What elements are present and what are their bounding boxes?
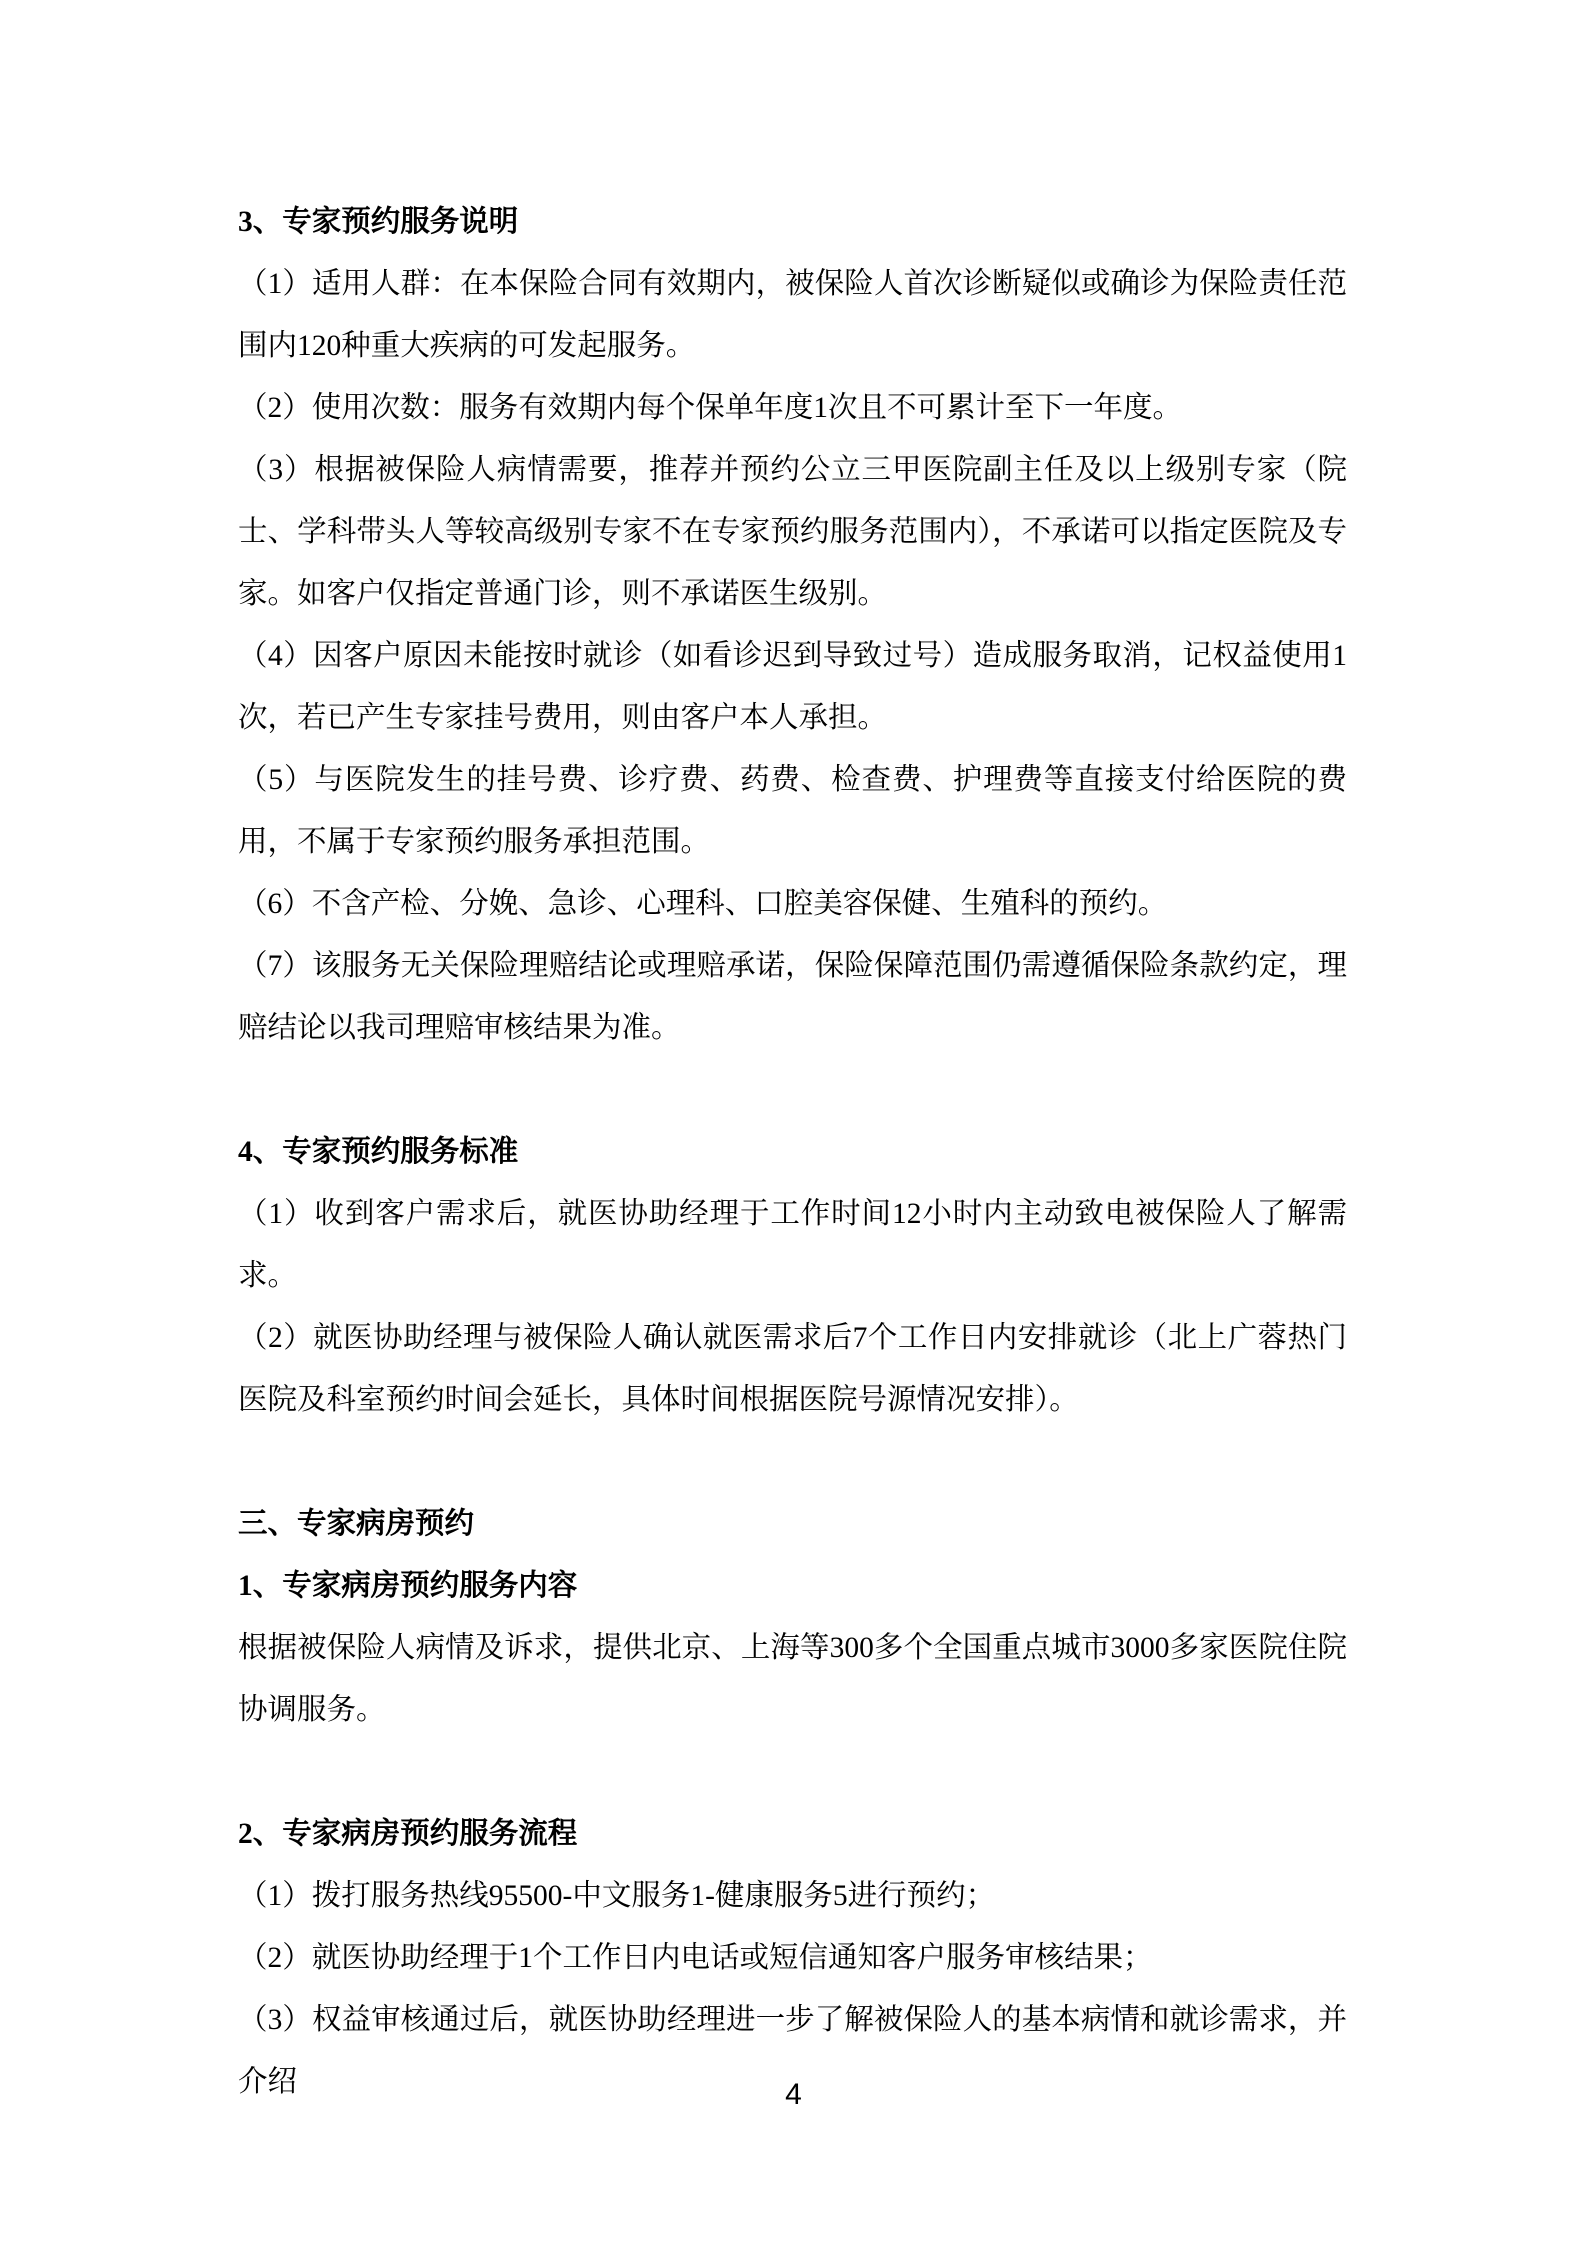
page-number: 4 — [0, 2064, 1587, 2126]
body-paragraph: （2）就医协助经理与被保险人确认就医需求后7个工作日内安排就诊（北上广蓉热门医院… — [238, 1307, 1347, 1431]
body-paragraph: （1）收到客户需求后，就医协助经理于工作时间12小时内主动致电被保险人了解需求。 — [238, 1183, 1347, 1307]
body-paragraph: （2）使用次数：服务有效期内每个保单年度1次且不可累计至下一年度。 — [238, 377, 1347, 439]
body-paragraph: （4）因客户原因未能按时就诊（如看诊迟到导致过号）造成服务取消，记权益使用1次，… — [238, 625, 1347, 749]
body-paragraph: （5）与医院发生的挂号费、诊疗费、药费、检查费、护理费等直接支付给医院的费用，不… — [238, 749, 1347, 873]
body-paragraph: （2）就医协助经理于1个工作日内电话或短信通知客户服务审核结果； — [238, 1927, 1347, 1989]
body-paragraph: （1）拨打服务热线95500-中文服务1-健康服务5进行预约； — [238, 1865, 1347, 1927]
section-heading: 3、专家预约服务说明 — [238, 191, 1347, 253]
body-paragraph: （6）不含产检、分娩、急诊、心理科、口腔美容保健、生殖科的预约。 — [238, 873, 1347, 935]
section-heading: 1、专家病房预约服务内容 — [238, 1555, 1347, 1617]
body-paragraph: （7）该服务无关保险理赔结论或理赔承诺，保险保障范围仍需遵循保险条款约定，理赔结… — [238, 935, 1347, 1059]
document-body: 3、专家预约服务说明（1）适用人群：在本保险合同有效期内，被保险人首次诊断疑似或… — [238, 191, 1347, 2113]
body-paragraph: （3）根据被保险人病情需要，推荐并预约公立三甲医院副主任及以上级别专家（院士、学… — [238, 439, 1347, 625]
document-page: 3、专家预约服务说明（1）适用人群：在本保险合同有效期内，被保险人首次诊断疑似或… — [0, 0, 1587, 2245]
section-heading: 三、专家病房预约 — [238, 1493, 1347, 1555]
section-heading: 4、专家预约服务标准 — [238, 1121, 1347, 1183]
body-paragraph: 根据被保险人病情及诉求，提供北京、上海等300多个全国重点城市3000多家医院住… — [238, 1617, 1347, 1741]
section-heading: 2、专家病房预约服务流程 — [238, 1803, 1347, 1865]
body-paragraph: （1）适用人群：在本保险合同有效期内，被保险人首次诊断疑似或确诊为保险责任范围内… — [238, 253, 1347, 377]
